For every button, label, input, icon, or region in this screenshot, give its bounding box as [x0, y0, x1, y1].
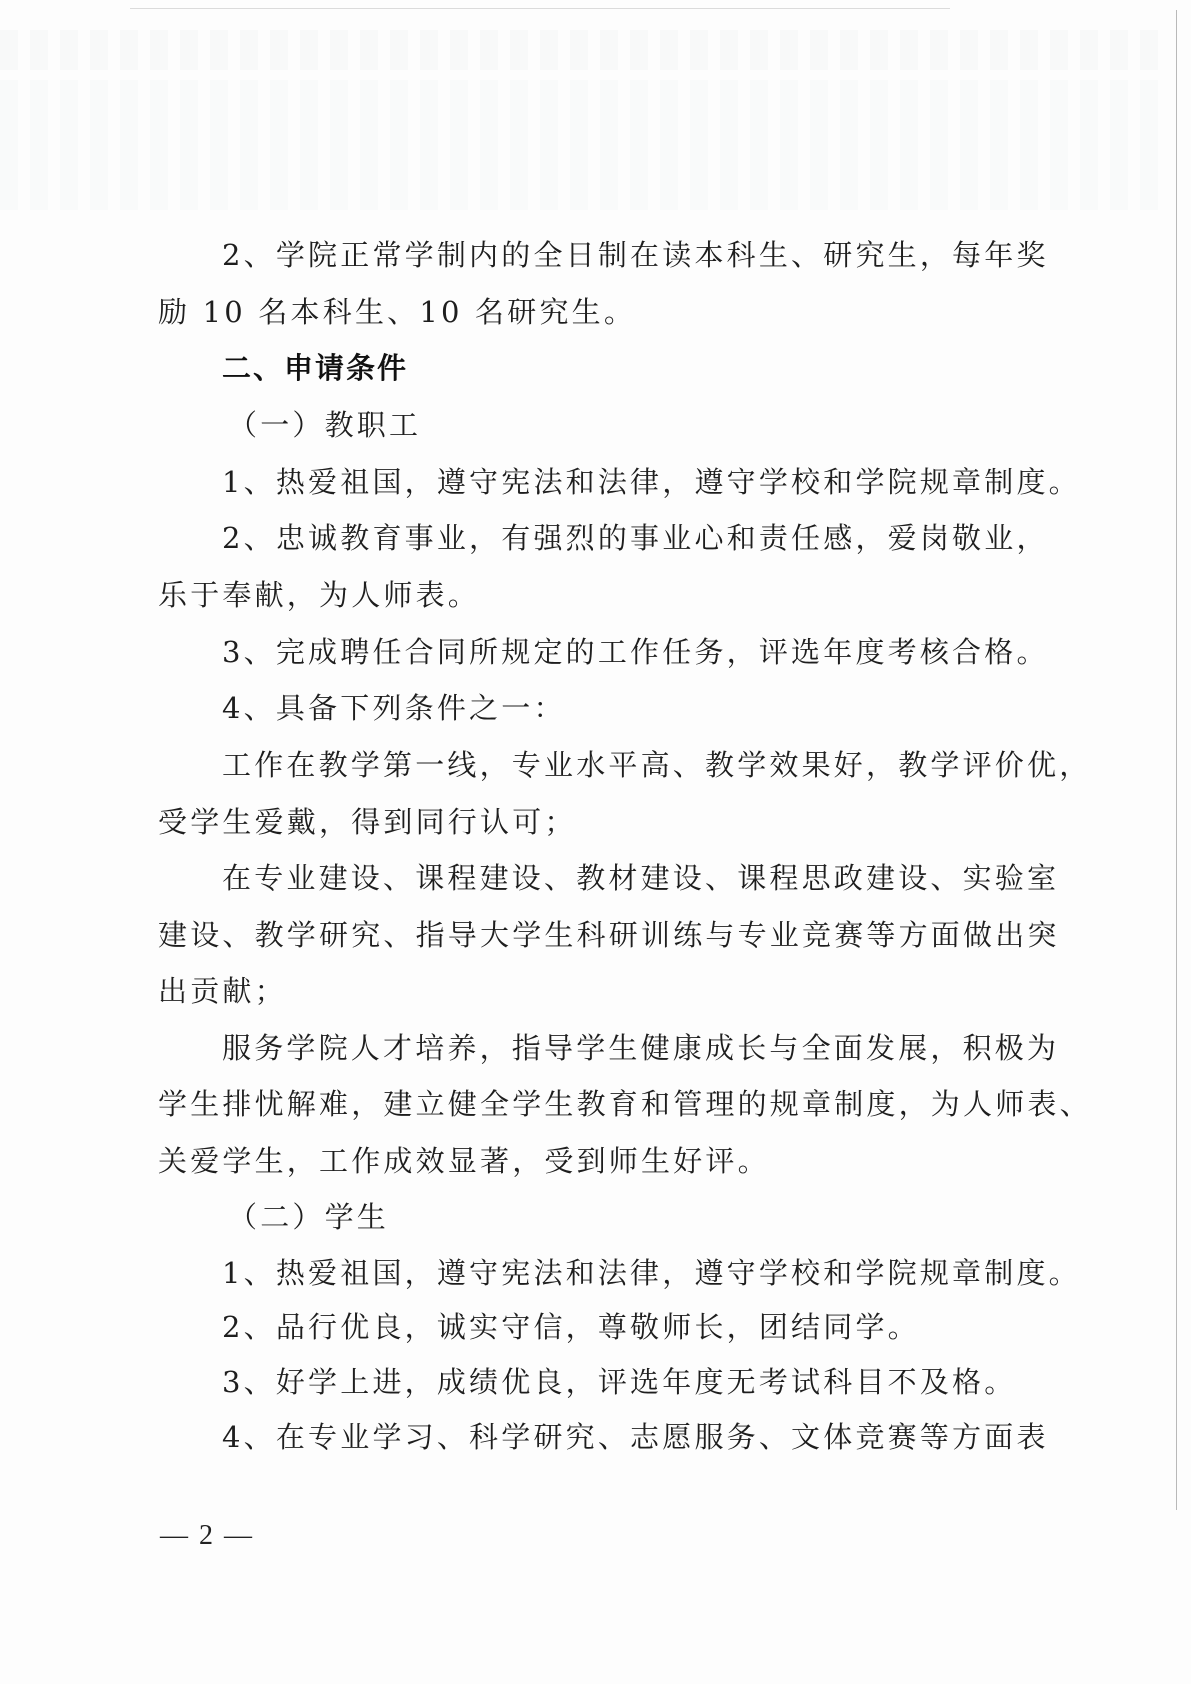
scan-edge-line [1176, 10, 1177, 1510]
paragraph-line: 工作在教学第一线，专业水平高、教学效果好，教学评价优， [222, 745, 1102, 785]
list-item: 4、在专业学习、科学研究、志愿服务、文体竞赛等方面表 [222, 1417, 1102, 1457]
paragraph-line: 受学生爱戴，得到同行认可； [158, 802, 1038, 842]
paragraph-line: 建设、教学研究、指导大学生科研训练与专业竞赛等方面做出突 [158, 915, 1038, 955]
scan-top-rule [130, 8, 950, 9]
paragraph-line: 出贡献； [158, 971, 1038, 1011]
paragraph-line: 乐于奉献，为人师表。 [158, 575, 1038, 615]
list-item: 1、热爱祖国，遵守宪法和法律，遵守学校和学院规章制度。 [222, 462, 1102, 502]
paragraph-line: 服务学院人才培养，指导学生健康成长与全面发展，积极为 [222, 1028, 1102, 1068]
list-item: 3、完成聘任合同所规定的工作任务，评选年度考核合格。 [222, 632, 1102, 672]
list-item: 4、具备下列条件之一： [222, 688, 1102, 728]
list-item: 2、忠诚教育事业，有强烈的事业心和责任感，爱岗敬业， [222, 518, 1102, 558]
scan-artifact-band [0, 80, 1170, 210]
paragraph-line: 2、学院正常学制内的全日制在读本科生、研究生，每年奖 [222, 235, 1102, 275]
page-number: — 2 — [160, 1516, 254, 1556]
subsection-heading: （二）学生 [228, 1197, 1108, 1237]
paragraph-line: 学生排忧解难，建立健全学生教育和管理的规章制度，为人师表、 [158, 1084, 1038, 1124]
list-item: 3、好学上进，成绩优良，评选年度无考试科目不及格。 [222, 1362, 1102, 1402]
paragraph-line: 在专业建设、课程建设、教材建设、课程思政建设、实验室 [222, 858, 1102, 898]
list-item: 2、品行优良，诚实守信，尊敬师长，团结同学。 [222, 1307, 1102, 1347]
paragraph-line: 励 10 名本科生、10 名研究生。 [158, 292, 1038, 332]
scan-artifact-band [0, 30, 1170, 70]
subsection-heading: （一）教职工 [228, 405, 1108, 445]
paragraph-line: 关爱学生，工作成效显著，受到师生好评。 [158, 1141, 1038, 1181]
document-page: 2、学院正常学制内的全日制在读本科生、研究生，每年奖 励 10 名本科生、10 … [0, 0, 1191, 1684]
list-item: 1、热爱祖国，遵守宪法和法律，遵守学校和学院规章制度。 [222, 1253, 1102, 1293]
section-heading: 二、申请条件 [222, 348, 1102, 388]
